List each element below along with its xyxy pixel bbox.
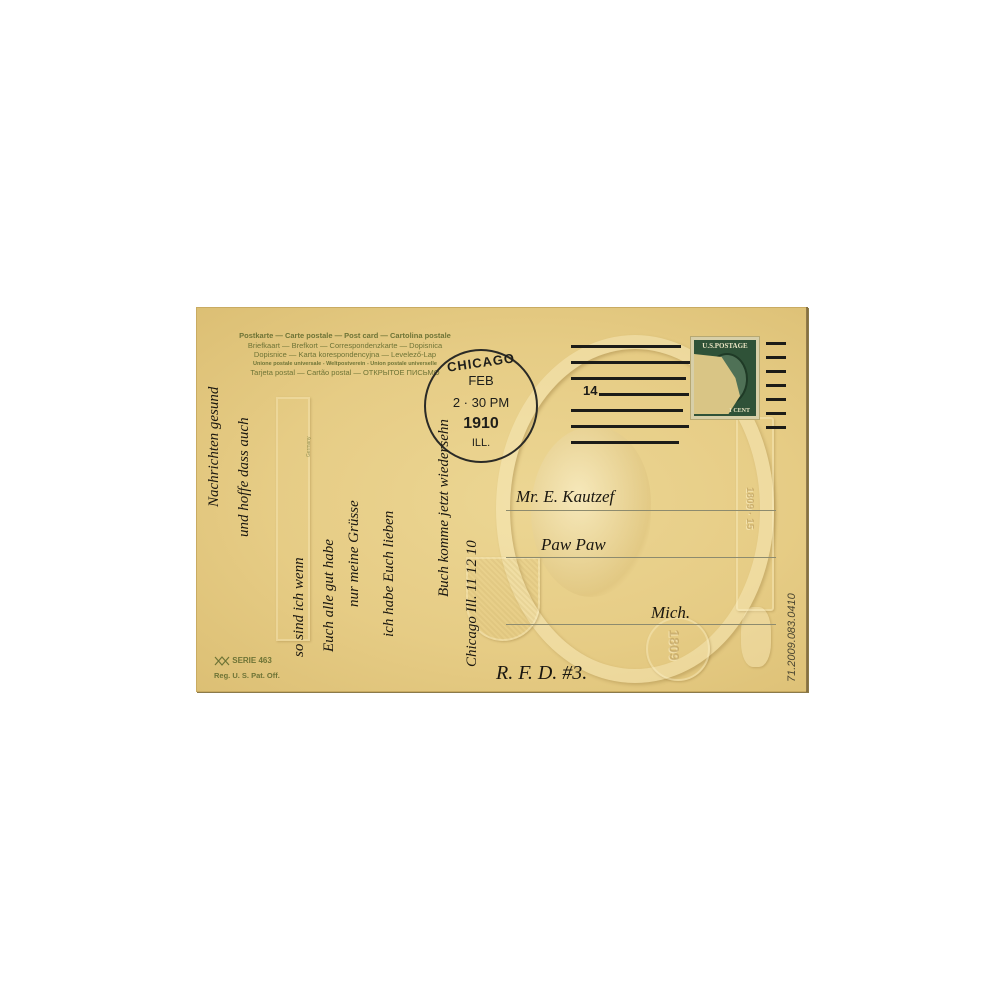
printed-origin: Germany — [306, 436, 312, 457]
address-state: Mich. — [651, 603, 690, 623]
postcard-back: 1809 · 15 1809 Postkarte — Carte postale… — [196, 307, 808, 692]
message-line: nur meine Grüsse — [346, 500, 363, 607]
message-line: und hoffe dass auch — [236, 417, 253, 537]
postmark-month: FEB — [426, 373, 536, 388]
postage-stamp: U.S.POSTAGE 1 CENT — [691, 337, 759, 419]
stamp-label: U.S.POSTAGE — [694, 342, 756, 350]
cancellation-number: 14 — [583, 383, 597, 398]
address-route: R. F. D. #3. — [496, 662, 587, 685]
message-line: Euch alle gut habe — [321, 539, 338, 652]
embossed-medal-year: 1809 — [667, 629, 683, 660]
embossed-ribbon — [736, 417, 774, 611]
address-town: Paw Paw — [541, 535, 606, 555]
header-line: Briefkaart — Brefkort — Correspondenzkar… — [200, 341, 490, 351]
card-edge — [806, 307, 808, 692]
trademark-text: Reg. U. S. Pat. Off. — [214, 671, 280, 680]
embossed-years: 1809 · 15 — [744, 487, 755, 529]
publisher-logo-icon — [214, 656, 230, 666]
message-line: so sind ich wenn — [291, 557, 308, 657]
address-rule — [506, 510, 776, 511]
address-name: Mr. E. Kautzef — [516, 487, 614, 507]
message-line: Nachrichten gesund — [206, 387, 223, 507]
message-line: Buch komme jetzt wiedersehn — [436, 419, 453, 597]
address-rule — [506, 557, 776, 558]
series-label: SERIE 463 — [214, 656, 272, 666]
stamp-value: 1 CENT — [729, 408, 750, 414]
archive-number: 71.2009.083.0410 — [786, 593, 798, 682]
message-line: Chicago Ill. 11 12 10 — [464, 540, 481, 667]
message-line: ich habe Euch lieben — [381, 511, 398, 637]
header-line: Postkarte — Carte postale — Post card — … — [200, 331, 490, 341]
series-text: SERIE 463 — [232, 656, 272, 665]
address-rule — [506, 624, 776, 625]
header-line: Dopisnice — Karta korespondencyjna — Lev… — [200, 350, 490, 360]
postmark-time: 2 · 30 PM — [426, 395, 536, 410]
cancellation-bars-right — [766, 342, 796, 442]
embossed-bow — [741, 607, 771, 667]
embossed-portrait — [531, 427, 651, 597]
